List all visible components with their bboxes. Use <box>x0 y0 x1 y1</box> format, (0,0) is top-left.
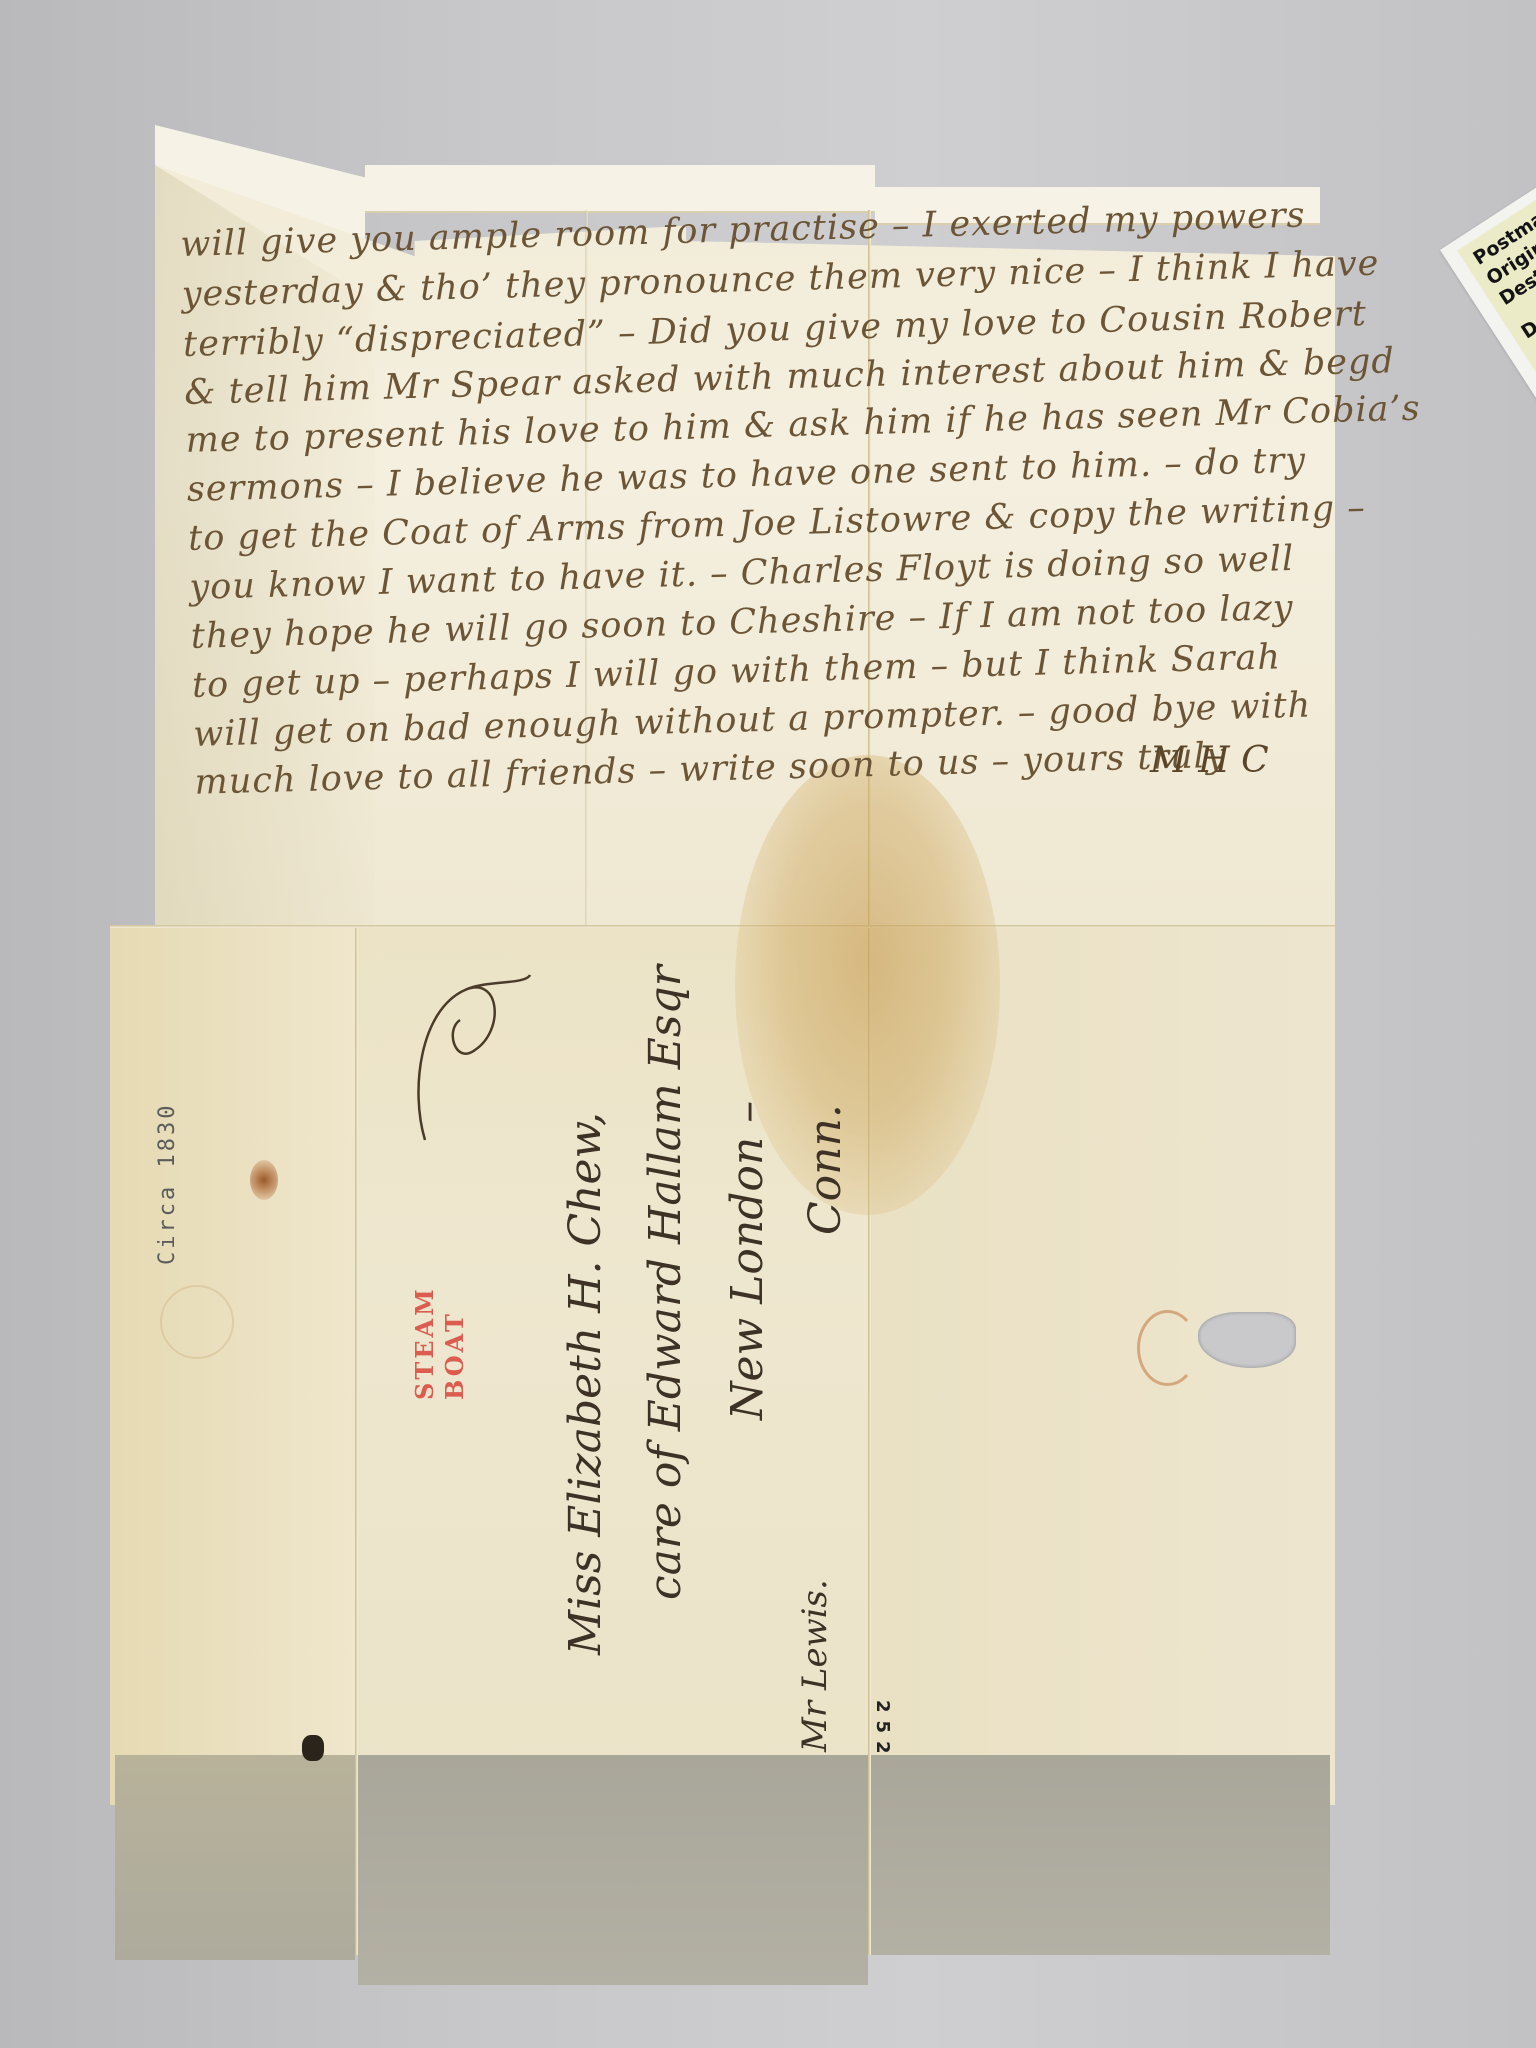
fold-crease-horizontal <box>110 925 1335 928</box>
address-recipient: Miss Elizabeth H. Chew, <box>560 1112 611 1655</box>
bottom-fold-right <box>870 1755 1330 1955</box>
signature: M H C <box>1150 740 1269 781</box>
letter-body: will give you ample room for practise – … <box>180 196 1314 785</box>
address-city: New London – <box>722 1101 773 1420</box>
top-fold-middle <box>365 165 875 213</box>
fold-crease <box>355 925 358 1955</box>
address-panel-left-flap <box>110 925 355 1805</box>
pencil-date-note: Circa 1830 <box>155 1103 180 1265</box>
seal-stain-ring <box>1137 1310 1198 1386</box>
steamboat-postmark: STEAM BOAT <box>410 1230 480 1400</box>
paid-flourish-mark <box>405 970 535 1150</box>
sender-note: Mr Lewis. <box>795 1579 835 1752</box>
address-state: Conn. <box>800 1104 851 1235</box>
postmark-line-1: STEAM <box>410 1286 440 1400</box>
catalog-number: 252 <box>872 1700 893 1762</box>
postmark-line-2: BOAT <box>440 1286 470 1400</box>
bottom-fold-middle <box>358 1755 868 1985</box>
address-care-of: care of Edward Hallam Esqr <box>640 965 691 1600</box>
bottom-fold-left <box>115 1755 355 1960</box>
letter-sheet: will give you ample room for practise – … <box>0 0 1536 2048</box>
